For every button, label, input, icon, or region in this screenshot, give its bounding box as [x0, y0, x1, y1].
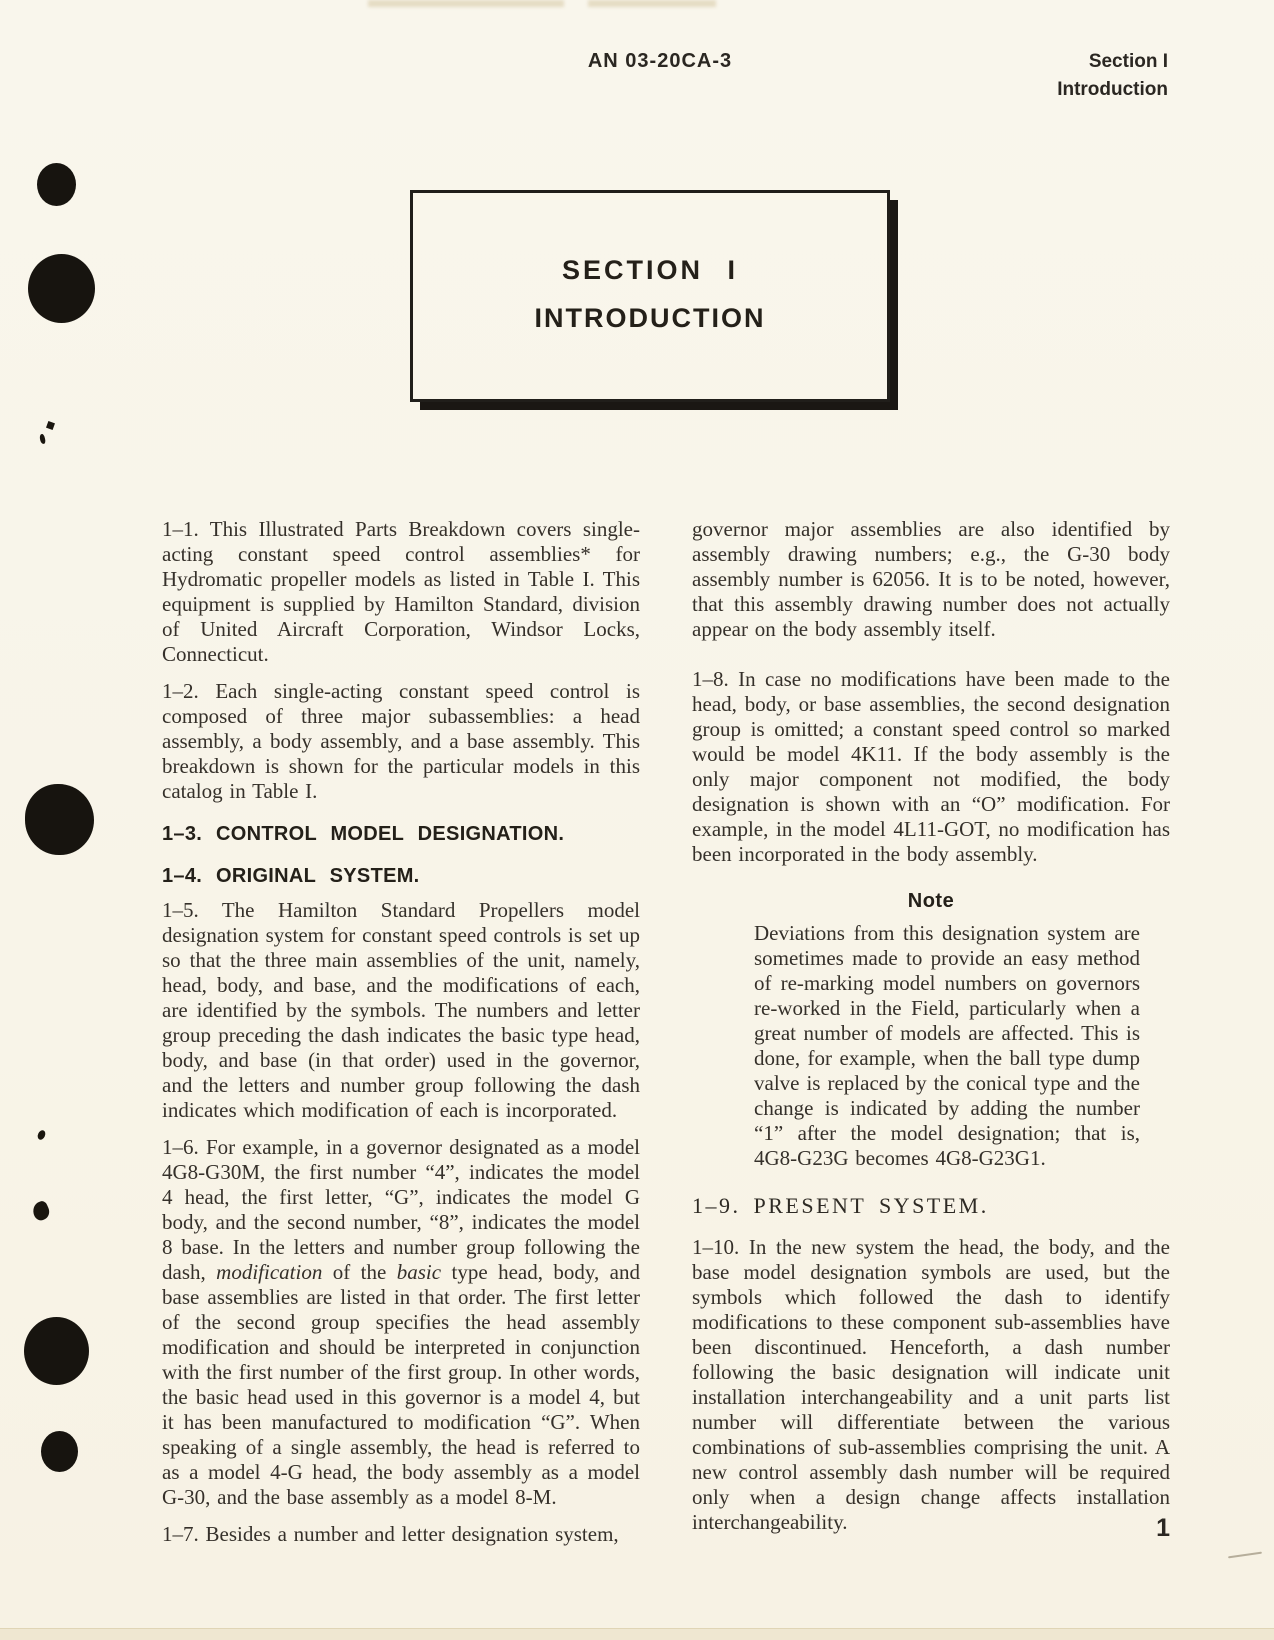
heading-1-4: 1–4. ORIGINAL SYSTEM. — [162, 864, 640, 888]
italic-word-modification: modification — [216, 1260, 322, 1284]
heading-1-3: 1–3. CONTROL MODEL DESIGNATION. — [162, 822, 640, 846]
italic-word-basic: basic — [397, 1260, 441, 1284]
page-bottom-edge — [0, 1628, 1274, 1640]
section-subtitle: INTRODUCTION — [413, 303, 887, 334]
left-column: 1–1. This Illustrated Parts Breakdown co… — [162, 517, 640, 1559]
margin-ink-dot — [37, 163, 76, 206]
header-introduction-line: Introduction — [1057, 76, 1168, 104]
margin-ink-dot — [25, 784, 94, 855]
paragraph-1-7-continued: governor major assemblies are also ident… — [692, 517, 1170, 642]
heading-1-9: 1–9. PRESENT SYSTEM. — [692, 1193, 1170, 1219]
margin-ink-speck — [36, 1129, 47, 1141]
margin-ink-dot — [28, 254, 95, 323]
margin-scratch-mark — [1228, 1552, 1262, 1559]
text-segment: of the — [322, 1260, 396, 1284]
paragraph-1-10: 1–10. In the new system the head, the bo… — [692, 1235, 1170, 1535]
paragraph-1-2: 1–2. Each single-acting constant speed c… — [162, 679, 640, 804]
margin-ink-dot — [41, 1431, 78, 1472]
section-title: SECTION I — [413, 255, 887, 286]
manual-page: AN 03-20CA-3 Section I Introduction SECT… — [0, 0, 1274, 1640]
note-paragraph: Deviations from this designation system … — [754, 921, 1140, 1171]
doc-number: AN 03-20CA-3 — [420, 50, 900, 73]
header-section-label: Section I Introduction — [1057, 48, 1168, 104]
paragraph-1-6: 1–6. For example, in a governor designat… — [162, 1135, 640, 1510]
margin-ink-speck — [39, 434, 46, 445]
bleed-through-ghost-text — [588, 0, 716, 7]
bleed-through-ghost-text — [368, 0, 564, 7]
section-title-box: SECTION I INTRODUCTION — [410, 190, 890, 402]
paragraph-1-7-start: 1–7. Besides a number and letter designa… — [162, 1522, 640, 1547]
paragraph-1-8: 1–8. In case no modifications have been … — [692, 667, 1170, 867]
right-column: governor major assemblies are also ident… — [692, 517, 1170, 1547]
header-section-line: Section I — [1057, 48, 1168, 76]
note-heading: Note — [692, 889, 1170, 913]
margin-ink-dot — [24, 1317, 89, 1385]
paragraph-1-1: 1–1. This Illustrated Parts Breakdown co… — [162, 517, 640, 667]
margin-ink-speck — [30, 1200, 52, 1223]
text-segment: type head, body, and base assemblies are… — [162, 1260, 640, 1509]
margin-ink-speck — [46, 421, 55, 430]
paragraph-1-5: 1–5. The Hamilton Standard Propellers mo… — [162, 898, 640, 1123]
page-number: 1 — [1100, 1514, 1170, 1543]
